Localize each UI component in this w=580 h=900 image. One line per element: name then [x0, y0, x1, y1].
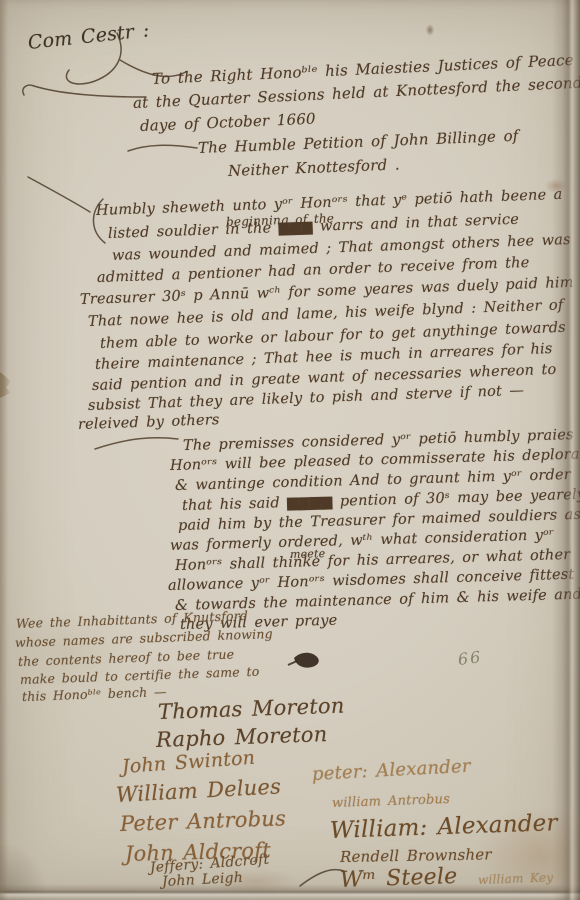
county-mark: Com Cestr : — [27, 19, 151, 54]
page-edge-left — [0, 0, 8, 900]
heading-line: The Humble Petition of John Billinge of — [198, 127, 519, 157]
page-edge-right — [552, 0, 580, 900]
ink-blot — [294, 653, 319, 668]
manuscript-page: Com Cestr : To the Right Honoᵇˡᵉ his Mai… — [0, 0, 580, 900]
signature: william Antrobus — [332, 792, 451, 811]
signature: John Swinton — [121, 747, 256, 778]
signature: Peter Antrobus — [120, 806, 287, 836]
signature: William Delues — [115, 774, 281, 807]
folio-number: 66 — [457, 647, 483, 669]
heading-line: daye of October 1660 — [140, 110, 316, 135]
petition-line: releived by others — [78, 412, 220, 433]
page-fold-bottom — [0, 884, 580, 900]
heading-line: Neither Knottesford . — [228, 155, 401, 180]
certification-line: this Honoᵇˡᵉ bench — — [22, 684, 167, 704]
signature: Thomas Moreton — [158, 693, 345, 723]
signature: Rendell Brownsher — [340, 845, 492, 866]
signature: William: Alexander — [330, 810, 559, 844]
signature: peter: Alexander — [311, 756, 471, 785]
